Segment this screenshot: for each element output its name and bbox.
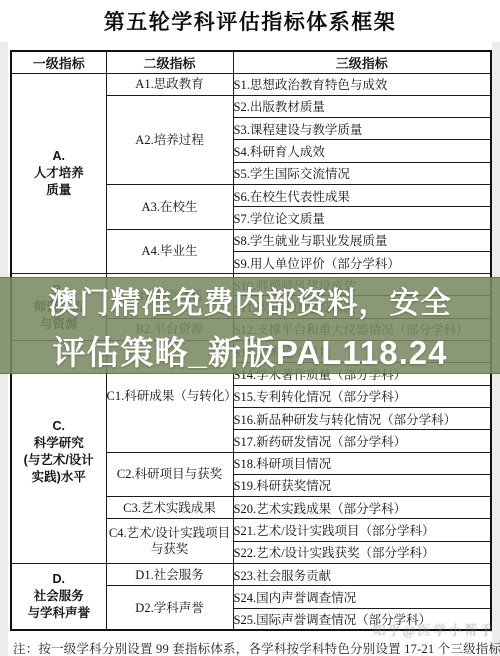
- level3-indicator-cell: S17.新药研发情况（部分学科）: [233, 430, 491, 452]
- level3-indicator-cell: S21.艺术/设计实践项目（部分学科）: [233, 519, 491, 541]
- spam-banner-line1: 澳门精准免费内部资料，安全: [49, 278, 452, 322]
- level3-indicator-cell: S3.课程建设与教学质量: [233, 118, 491, 140]
- level2-indicator-cell: A2.培养过程: [106, 95, 233, 184]
- level3-indicator-cell: S16.新品种研发与转化情况（部分学科）: [233, 407, 491, 429]
- level3-indicator-cell: S2.出版教材质量: [233, 95, 491, 117]
- table-row: D. 社会服务 与学科声誉D1.社会服务S23.社会服务贡献: [11, 564, 491, 586]
- header-level2: 二级指标: [106, 51, 233, 73]
- level3-indicator-cell: S9.用人单位评价（部分学科）: [233, 251, 491, 273]
- level3-indicator-cell: S19.科研获奖情况: [233, 474, 491, 496]
- zhihu-watermark: 知乎@医学小帮手: [372, 619, 495, 639]
- level2-indicator-cell: C4.艺术/设计实践项目与获奖: [106, 519, 233, 564]
- level2-indicator-cell: D2.学科声誉: [106, 586, 233, 631]
- spam-banner-line2: 评估策略_新版PAL118.24: [52, 327, 447, 374]
- level3-indicator-cell: S23.社会服务贡献: [233, 564, 491, 586]
- level1-indicator-cell: C. 科学研究 (与艺术/设计 实践)水平: [11, 341, 106, 564]
- spam-watermark-banner: 澳门精准免费内部资料，安全 评估策略_新版PAL118.24: [0, 277, 500, 374]
- level2-indicator-cell: A4.毕业生: [106, 229, 233, 274]
- level3-indicator-cell: S8.学生就业与职业发展质量: [233, 229, 491, 251]
- level2-indicator-cell: C2.科研项目与获奖: [106, 452, 233, 497]
- level3-indicator-cell: S22.艺术/设计实践获奖（部分学科）: [233, 541, 491, 563]
- footnote: 注：按一级学科分别设置 99 套指标体系，各学科按学科特色分别设置 17-21 …: [13, 639, 492, 656]
- level1-indicator-cell: A. 人才培养 质量: [11, 73, 106, 274]
- table-header-row: 一级指标 二级指标 三级指标: [11, 51, 491, 73]
- level3-indicator-cell: S15.专利转化情况（部分学科）: [233, 385, 491, 407]
- level3-indicator-cell: S5.学生国际交流情况: [233, 162, 491, 184]
- level1-indicator-cell: D. 社会服务 与学科声誉: [11, 564, 106, 631]
- level3-indicator-cell: S1.思想政治教育特色与成效: [233, 73, 491, 95]
- level3-indicator-cell: S18.科研项目情况: [233, 452, 491, 474]
- level2-indicator-cell: C3.艺术实践成果: [106, 497, 233, 519]
- page-title: 第五轮学科评估指标体系框架: [0, 6, 500, 36]
- table-row: A. 人才培养 质量A1.思政教育S1.思想政治教育特色与成效: [11, 73, 491, 95]
- header-level1: 一级指标: [11, 51, 106, 73]
- level3-indicator-cell: S4.科研育人成效: [233, 140, 491, 162]
- level2-indicator-cell: A1.思政教育: [106, 73, 233, 95]
- level3-indicator-cell: S24.国内声誉调查情况: [233, 586, 491, 608]
- level2-indicator-cell: A3.在校生: [106, 184, 233, 229]
- level3-indicator-cell: S7.学位论文质量: [233, 207, 491, 229]
- level2-indicator-cell: D1.社会服务: [106, 564, 233, 586]
- header-level3: 三级指标: [233, 51, 491, 73]
- level3-indicator-cell: S6.在校生代表性成果: [233, 184, 491, 206]
- level3-indicator-cell: S20.艺术实践成果（部分学科）: [233, 497, 491, 519]
